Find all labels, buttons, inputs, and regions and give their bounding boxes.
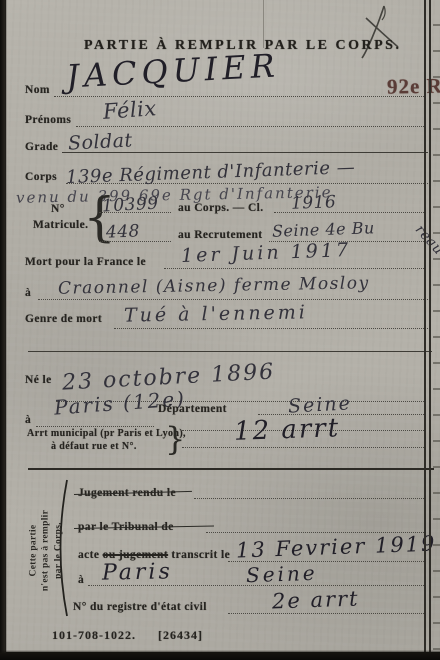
departement-label: Département xyxy=(158,403,227,415)
imprint-code: 101-708-1022. xyxy=(52,628,136,642)
jugement-rule xyxy=(194,498,424,499)
arr-label-line2: à défaut rue et N°. xyxy=(51,441,137,452)
classe-value: 1916 xyxy=(291,192,337,214)
side-note-line3: par le Corps. xyxy=(52,495,64,607)
mort-lieu-rule xyxy=(38,299,428,300)
au-recrutement-label: au Recrutement xyxy=(178,229,262,241)
genre-mort-label: Genre de mort xyxy=(25,313,102,325)
au-corps-label: au Corps. — Cl. xyxy=(178,202,264,214)
nom-label: Nom xyxy=(25,84,50,96)
acte-label-pre: acte xyxy=(78,549,103,561)
arr-value: 12 arrt xyxy=(234,413,341,447)
registre-value: 2e arrt xyxy=(272,586,360,613)
prenoms-value: Félix xyxy=(102,96,157,124)
grade-value: Soldat xyxy=(67,129,133,154)
nom-rule-line xyxy=(54,96,426,97)
corps-label: Corps xyxy=(25,171,57,183)
matricule-no-label: N° xyxy=(51,203,65,215)
ne-le-label: Né le xyxy=(25,374,52,386)
classe-rule xyxy=(274,212,426,213)
photo-left-edge xyxy=(0,0,7,660)
matricule-label: Matricule. xyxy=(33,219,88,231)
matricule-corps-rule xyxy=(99,212,171,213)
civil-section-separator xyxy=(28,468,434,470)
civil-lieu-dept-value: Seine xyxy=(246,561,318,587)
registre-label: N° du registre d'état civil xyxy=(73,601,207,613)
arr-brace: } xyxy=(165,424,185,454)
matricule-recrutement-value: 448 xyxy=(106,221,141,242)
recrutement-no-rule xyxy=(99,241,171,242)
mort-lieu-label: à xyxy=(25,287,31,299)
side-note-line2: n'est pas à remplir xyxy=(40,495,52,607)
imprint-number: 101-708-1022. [26434] xyxy=(52,628,203,643)
mort-label: Mort pour la France le xyxy=(25,256,146,268)
prenoms-label: Prénoms xyxy=(25,114,71,126)
card-border-line-outer xyxy=(424,0,426,652)
side-note: Cette partie n'est pas à remplir par le … xyxy=(27,495,64,607)
scanned-record-card: PARTIE À REMPLIR PAR LE CORPS. 92e RE No… xyxy=(0,0,440,660)
mort-rule xyxy=(164,268,426,269)
recrutement-value: Seine 4e Bu xyxy=(272,218,375,241)
acte-label-post: transcrit le xyxy=(168,549,230,561)
ne-lieu-rule xyxy=(36,426,154,427)
registre-rule xyxy=(228,613,424,614)
civil-lieu-label: à xyxy=(78,574,84,586)
side-note-line1: Cette partie xyxy=(27,495,39,607)
prenoms-rule-line xyxy=(76,126,426,127)
photo-bottom-edge xyxy=(0,650,440,660)
genre-mort-rule xyxy=(114,328,428,329)
arr-label-line1: Arrt municipal (pr Paris et Lyon), xyxy=(27,428,186,439)
imprint-bracket-number: [26434] xyxy=(158,628,203,642)
genre-mort-value: Tué à l'ennemi xyxy=(124,301,308,326)
card-paper: PARTIE À REMPLIR PAR LE CORPS. 92e RE No… xyxy=(6,0,440,652)
card-border-line-inner xyxy=(429,0,431,652)
civil-lieu-value: Paris xyxy=(102,559,173,585)
arr-rule-2 xyxy=(182,447,426,448)
neighbor-card-edge xyxy=(433,0,440,652)
ne-lieu-label: à xyxy=(25,414,31,426)
matricule-corps-value: 10399 xyxy=(102,194,160,217)
grade-label: Grade xyxy=(25,141,58,153)
section-separator xyxy=(28,351,432,352)
